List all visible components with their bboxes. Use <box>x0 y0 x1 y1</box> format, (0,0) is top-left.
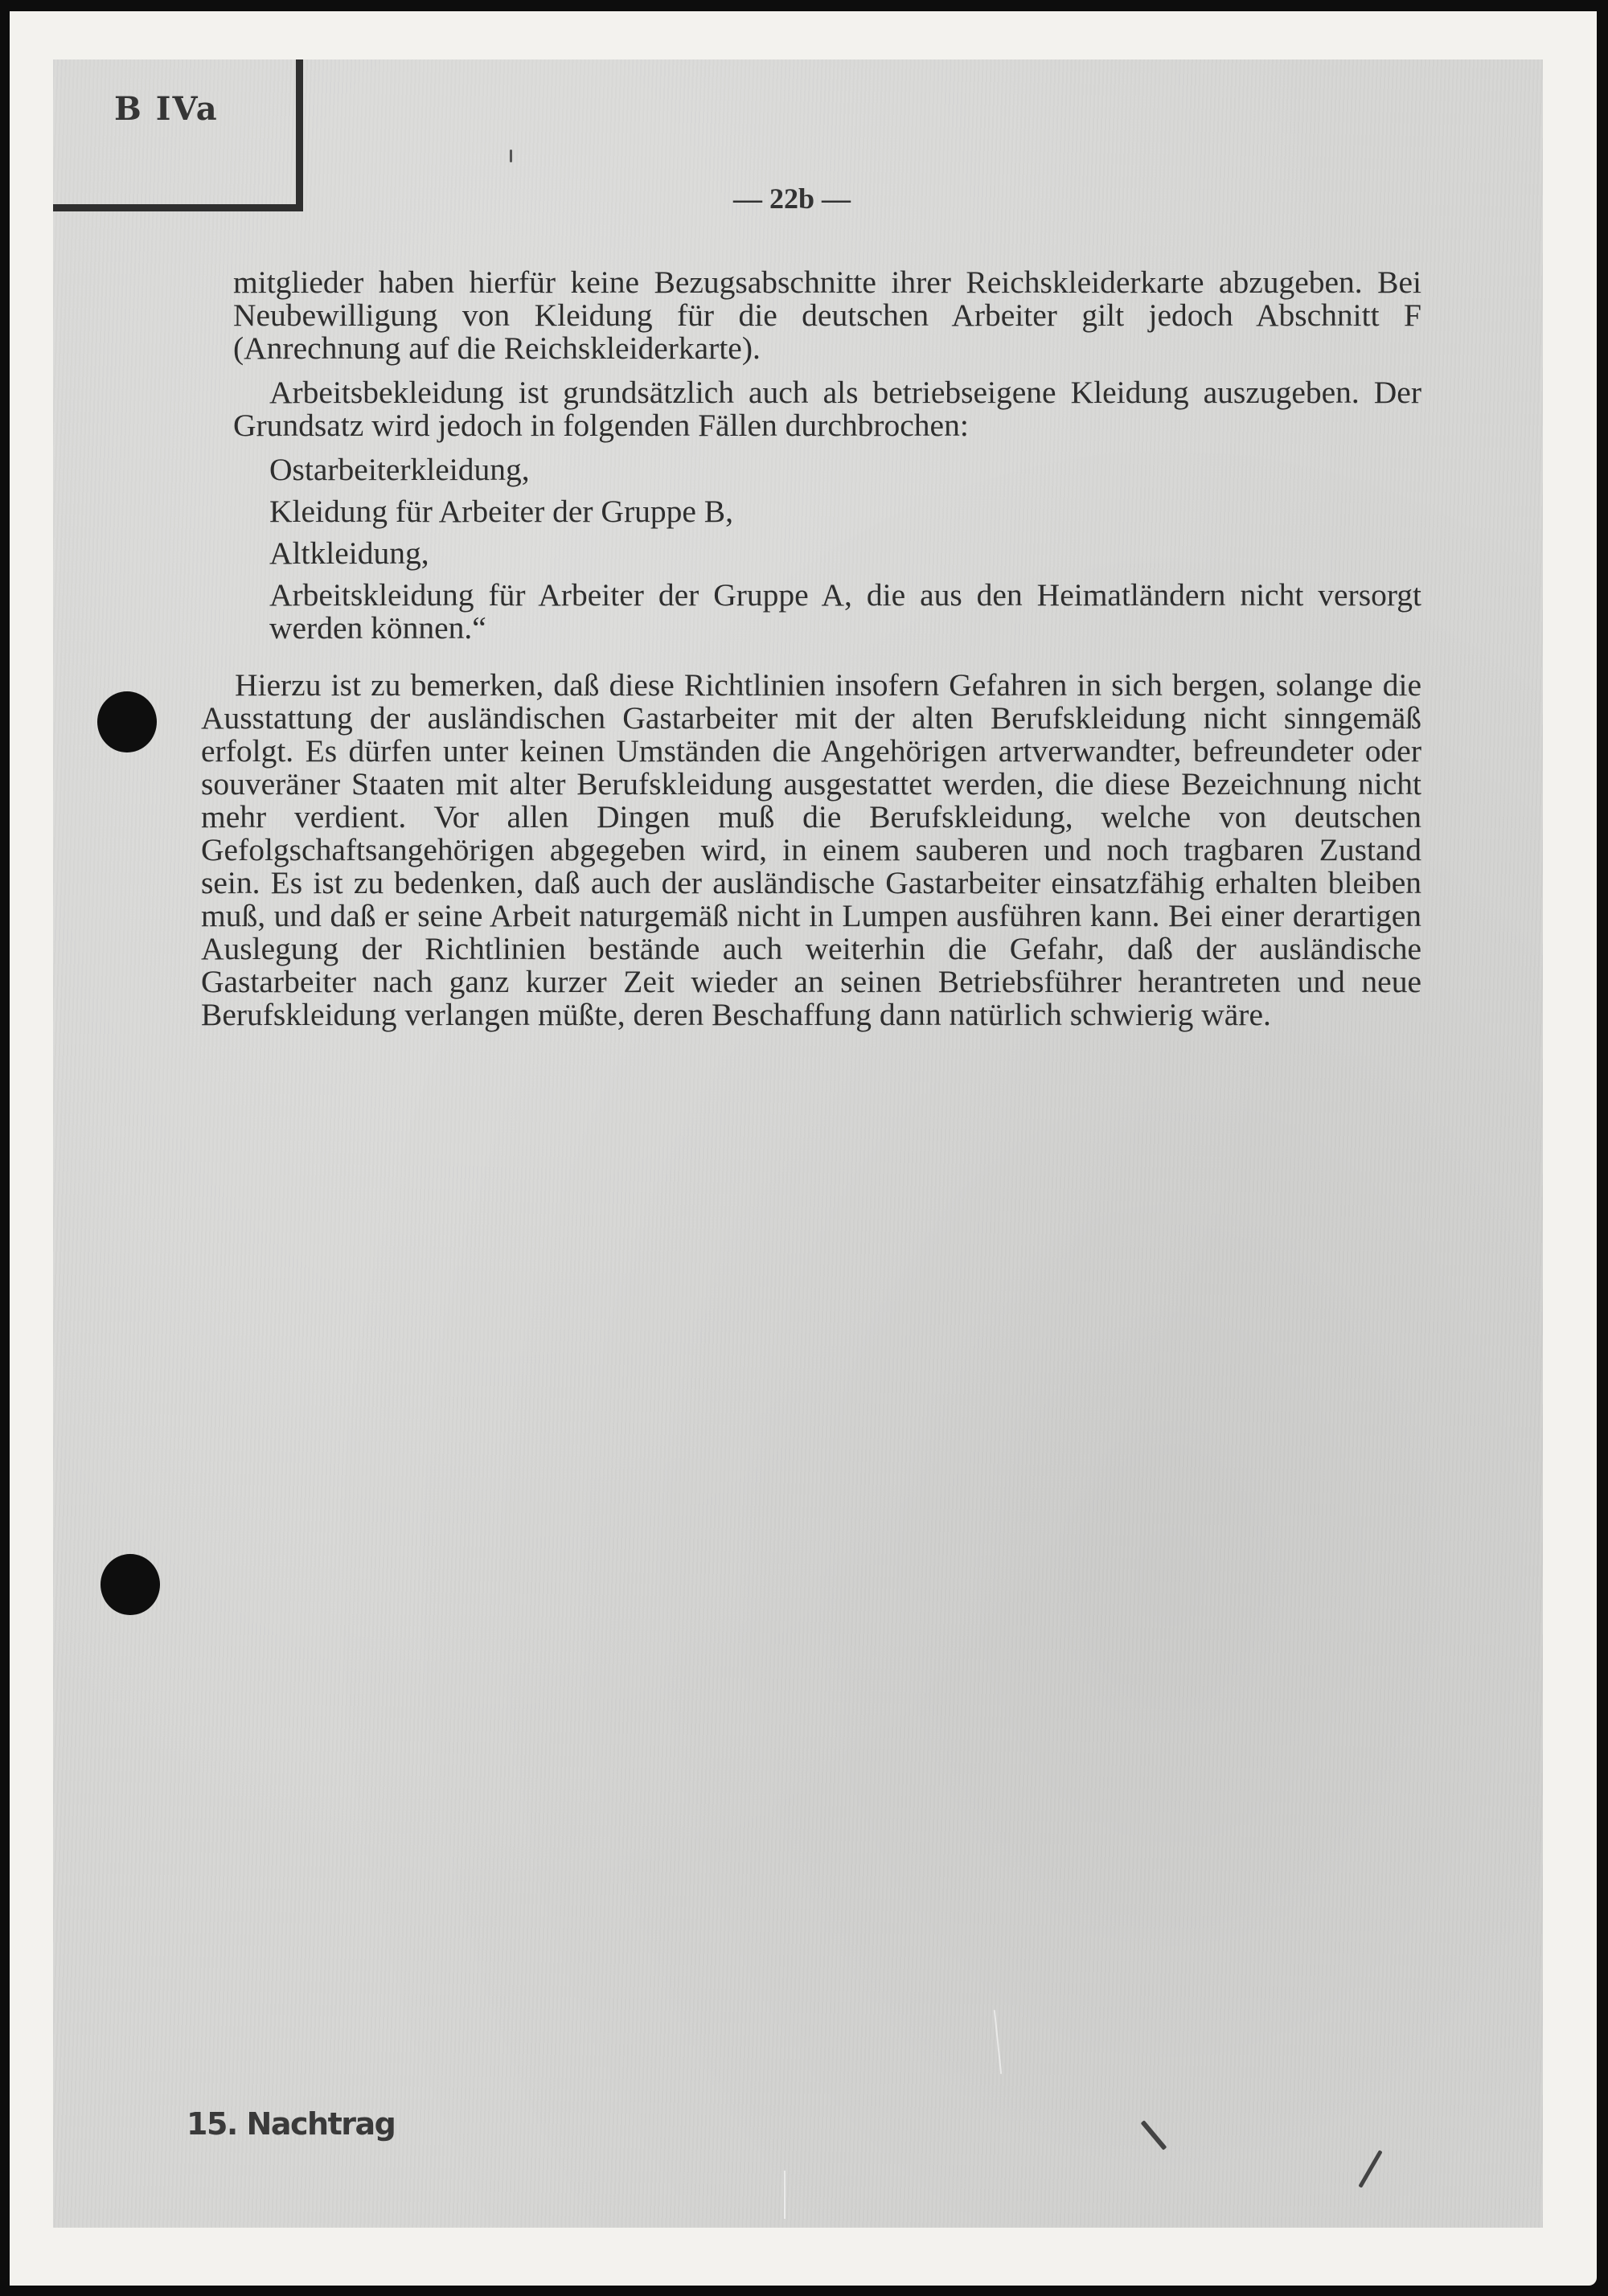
scan-speck <box>510 150 512 162</box>
quote-paragraph: Arbeitsbekleidung ist grundsätzlich auch… <box>233 376 1421 442</box>
exception-item: Ostarbeiterkleidung, <box>269 453 1421 486</box>
commentary: Hierzu ist zu bemerken, daß diese Richtl… <box>201 669 1421 1031</box>
supplement-label: 15. Nachtrag <box>187 2106 395 2142</box>
exception-item: Arbeitskleidung für Arbeiter der Gruppe … <box>269 579 1421 645</box>
scan-scratch <box>784 2171 786 2219</box>
page-number: — 22b — <box>733 182 851 215</box>
quote-continuation: mitglieder haben hierfür keine Bezugsabs… <box>233 266 1421 365</box>
punch-hole-icon <box>100 1554 160 1615</box>
section-label-box <box>53 59 303 211</box>
commentary-paragraph: Hierzu ist zu bemerken, daß diese Richtl… <box>201 669 1421 1031</box>
exception-item: Altkleidung, <box>269 537 1421 570</box>
exceptions-list: Ostarbeiterkleidung, Kleidung für Arbeit… <box>269 453 1421 645</box>
punch-hole-icon <box>97 691 157 752</box>
section-label: B IVa <box>114 90 219 128</box>
quoted-guidelines: mitglieder haben hierfür keine Bezugsabs… <box>233 266 1421 645</box>
exception-item: Kleidung für Arbeiter der Gruppe B, <box>269 495 1421 528</box>
